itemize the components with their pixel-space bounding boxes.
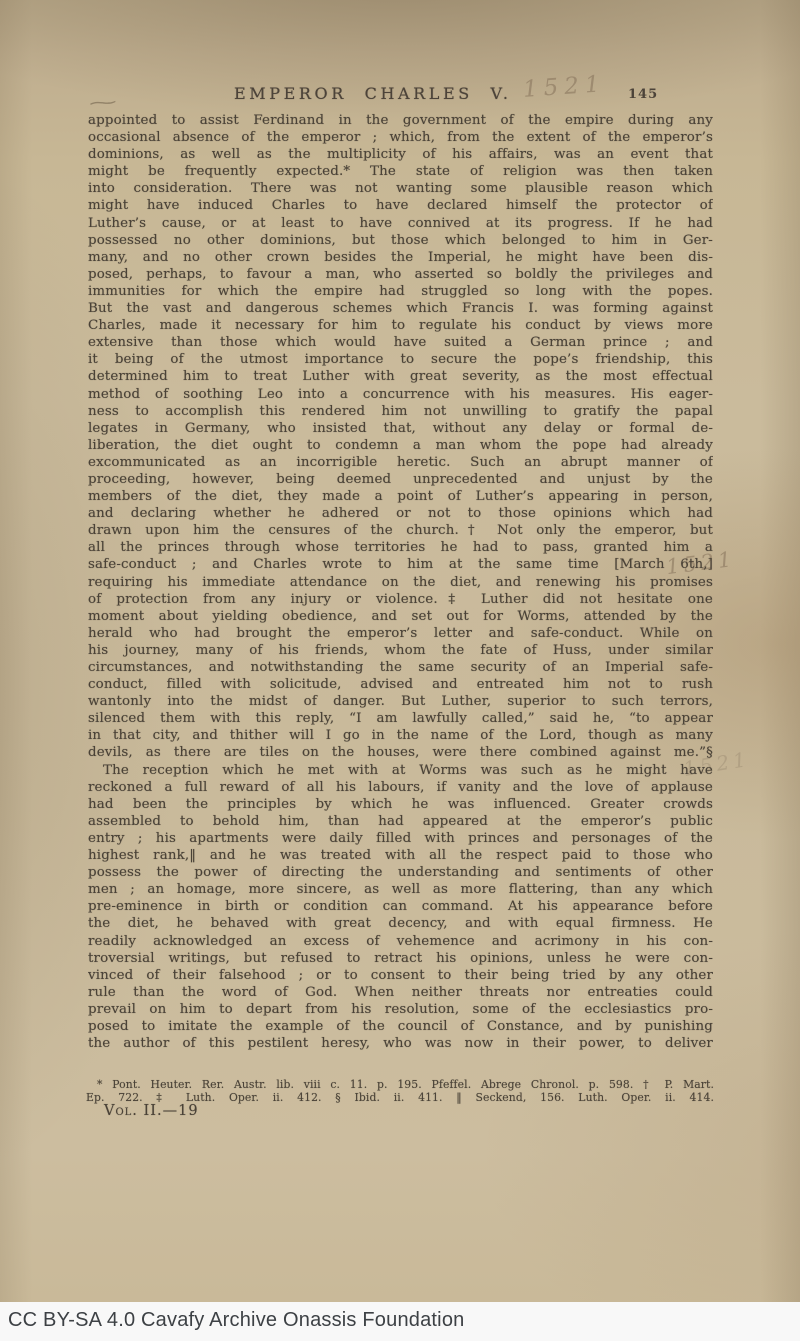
text-line: devils, as there are tiles on the houses… (88, 744, 713, 761)
body-text: appointed to assist Ferdinand in the gov… (88, 112, 713, 1052)
text-line: prevail on him to depart from his resolu… (88, 1001, 713, 1018)
text-line: excommunicated as an incorrigible hereti… (88, 454, 713, 471)
text-line: posed to imitate the example of the coun… (88, 1018, 713, 1035)
page-number: 145 (628, 87, 658, 102)
text-line: into consideration. There was not wantin… (88, 180, 713, 197)
text-line: the diet, he behaved with great decency,… (88, 915, 713, 932)
text-line: occasional absence of the emperor ; whic… (88, 129, 713, 146)
text-line: wantonly into the midst of danger. But L… (88, 693, 713, 710)
paragraph: The reception which he met with at Worms… (88, 762, 713, 1053)
text-line: might have induced Charles to have decla… (88, 197, 713, 214)
text-line: legates in Germany, who insisted that, w… (88, 420, 713, 437)
text-line: ness to accomplish this rendered him not… (88, 403, 713, 420)
text-line: Charles, made it necessary for him to re… (88, 317, 713, 334)
footnotes: * Pont. Heuter. Rer. Austr. lib. viii c.… (86, 1079, 714, 1105)
text-line: liberation, the diet ought to condemn a … (88, 437, 713, 454)
text-line: requiring his immediate attendance on th… (88, 574, 713, 591)
text-line: and declaring whether he adhered or not … (88, 505, 713, 522)
text-line: men ; an homage, more sincere, as well a… (88, 881, 713, 898)
text-line: of protection from any injury or violenc… (88, 591, 713, 608)
text-line: But the vast and dangerous schemes which… (88, 300, 713, 317)
text-line: silenced them with this reply, “I am law… (88, 710, 713, 727)
text-line: possessed no other dominions, but those … (88, 232, 713, 249)
text-line: members of the diet, they made a point o… (88, 488, 713, 505)
text-line: vinced of their falsehood ; or to consen… (88, 967, 713, 984)
text-line: safe-conduct ; and Charles wrote to him … (88, 556, 713, 573)
text-line: drawn upon him the censures of the churc… (88, 522, 713, 539)
text-line: possess the power of directing the under… (88, 864, 713, 881)
volume-signature: Vol. II.—19 (104, 1103, 199, 1119)
page-title: EMPEROR CHARLES V. (234, 84, 512, 103)
text-line: it being of the utmost importance to sec… (88, 351, 713, 368)
text-line: all the princes through whose territorie… (88, 539, 713, 556)
text-line: extensive than those which would have su… (88, 334, 713, 351)
text-line: pre-eminence in birth or condition can c… (88, 898, 713, 915)
text-line: dominions, as well as the multiplicity o… (88, 146, 713, 163)
text-line: appointed to assist Ferdinand in the gov… (88, 112, 713, 129)
text-line: assembled to behold him, than had appear… (88, 813, 713, 830)
paragraph: appointed to assist Ferdinand in the gov… (88, 112, 713, 762)
book-page-scan: EMPEROR CHARLES V. 145 1521 ~ 1521 1521 … (0, 0, 800, 1341)
text-line: many, and no other crown besides the Imp… (88, 249, 713, 266)
text-line: Luther’s cause, or at least to have conn… (88, 215, 713, 232)
text-line: method of soothing Leo into a concurrenc… (88, 386, 713, 403)
text-line: reckoned a full reward of all his labour… (88, 779, 713, 796)
text-line: posed, perhaps, to favour a man, who ass… (88, 266, 713, 283)
text-line: determined him to treat Luther with grea… (88, 368, 713, 385)
text-line: readily acknowledged an excess of veheme… (88, 933, 713, 950)
text-line: had been the principles by which he was … (88, 796, 713, 813)
text-line: moment about yielding obedience, and set… (88, 608, 713, 625)
text-line: immunities for which the empire had stru… (88, 283, 713, 300)
text-line: the author of this pestilent heresy, who… (88, 1035, 713, 1052)
footnote-line: * Pont. Heuter. Rer. Austr. lib. viii c.… (86, 1079, 714, 1092)
text-line: his journey, many of his friends, whom t… (88, 642, 713, 659)
text-line: herald who had brought the emperor’s let… (88, 625, 713, 642)
text-line: entry ; his apartments were daily filled… (88, 830, 713, 847)
text-line: proceeding, however, being deemed unprec… (88, 471, 713, 488)
running-header: EMPEROR CHARLES V. 145 (0, 84, 800, 106)
license-text: CC BY-SA 4.0 Cavafy Archive Onassis Foun… (8, 1309, 464, 1332)
text-line: The reception which he met with at Worms… (88, 762, 713, 779)
text-line: highest rank,‖ and he was treated with a… (88, 847, 713, 864)
text-line: circumstances, and notwithstanding the s… (88, 659, 713, 676)
text-line: rule than the word of God. When neither … (88, 984, 713, 1001)
text-line: troversial writings, but refused to retr… (88, 950, 713, 967)
text-line: in that city, and thither will I go in t… (88, 727, 713, 744)
text-line: might be frequently expected.* The state… (88, 163, 713, 180)
text-line: conduct, filled with solicitude, advised… (88, 676, 713, 693)
license-bar: CC BY-SA 4.0 Cavafy Archive Onassis Foun… (0, 1302, 800, 1341)
